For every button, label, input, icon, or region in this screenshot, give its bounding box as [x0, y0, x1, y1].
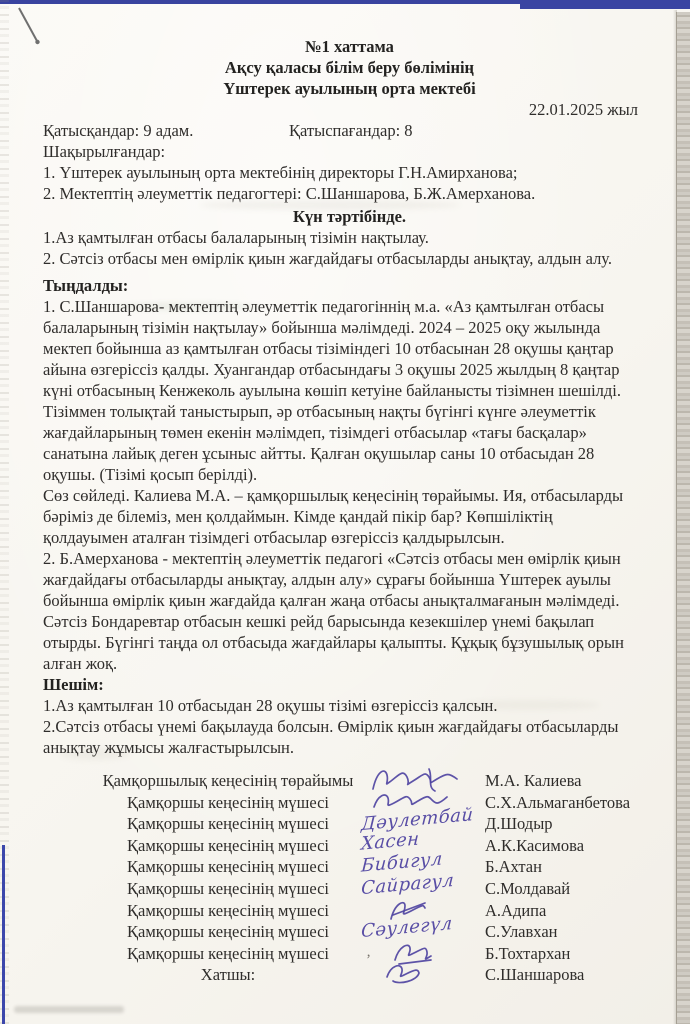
- signature-row: Хатшы: С.Шаншарова: [43, 964, 656, 986]
- signature-name: А.К.Касимова: [485, 835, 656, 856]
- document-date: 22.01.2025 жыл: [43, 99, 656, 120]
- heard-heading: Тыңдалды:: [43, 275, 656, 296]
- heard-paragraph-1: 1. С.Шаншарова- мектептің әлеуметтік пед…: [43, 296, 656, 485]
- signature-name: С.Х.Альмаганбетова: [485, 792, 656, 813]
- document-page: ’ №1 хаттама Ақсу қаласы білім беру бөлі…: [0, 0, 690, 1024]
- signature-row: Қамқоршы кеңесінің мүшесі С.Х.Альмаганбе…: [43, 792, 656, 814]
- heard-paragraph-2: Сөз сөйледі. Калиева М.А. – қамқоршылық …: [43, 485, 656, 548]
- signature-row: Қамқоршы кеңесінің мүшесі Хасен А.К.Каси…: [43, 835, 656, 857]
- signature-block: Қамқоршылық кеңесінің төрайымы М.А. Кали…: [43, 770, 656, 986]
- protocol-number: №1 хаттама: [43, 36, 656, 57]
- signature-row: Қамқоршы кеңесінің мүшесі Сәулегүл С.Ула…: [43, 921, 656, 943]
- agenda-heading: Күн тәртібінде.: [43, 206, 656, 227]
- scan-edge-right: [676, 12, 690, 1024]
- signature-role: Қамқоршы кеңесінің мүшесі: [43, 813, 413, 834]
- decision-item-2: 2.Сәтсіз отбасы үнемі бақылауда болсын. …: [43, 716, 656, 758]
- signature-role: Хатшы:: [43, 964, 413, 985]
- invited-item-2: 2. Мектептің әлеуметтік педагогтері: С.Ш…: [43, 183, 656, 204]
- document-content: №1 хаттама Ақсу қаласы білім беру бөлімі…: [43, 36, 656, 986]
- signature-handwriting: Дәулетбай: [413, 813, 485, 834]
- signature-role: Қамқоршы кеңесінің мүшесі: [43, 900, 413, 921]
- signature-role: Қамқоршы кеңесінің мүшесі: [43, 878, 413, 899]
- signature-role: Қамқоршы кеңесінің мүшесі: [43, 856, 413, 877]
- invited-heading: Шақырылғандар:: [43, 141, 656, 162]
- signature-role: Қамқоршы кеңесінің мүшесі: [43, 921, 413, 942]
- signature-name: С.Улавхан: [485, 921, 656, 942]
- signature-row: Қамқоршы кеңесінің мүшесі А.Адипа: [43, 900, 656, 922]
- signature-row: Қамқоршы кеңесінің мүшесі Дәулетбай Д.Шо…: [43, 813, 656, 835]
- signature-role: Қамқоршылық кеңесінің төрайымы: [43, 770, 413, 791]
- decision-heading: Шешім:: [43, 674, 656, 695]
- decision-item-1: 1.Аз қамтылған 10 отбасыдан 28 оқушы тіз…: [43, 695, 656, 716]
- signature-name: А.Адипа: [485, 900, 656, 921]
- signature-name: М.А. Калиева: [485, 770, 656, 791]
- org-name-line2: Үштерек ауылының орта мектебі: [43, 78, 656, 99]
- signature-row: Қамқоршы кеңесінің мүшесі Бибигул Б.Ахта…: [43, 856, 656, 878]
- signature-scribble: [413, 964, 485, 985]
- signature-name: Д.Шодыр: [485, 813, 656, 834]
- signature-role: Қамқоршы кеңесінің мүшесі: [43, 943, 413, 964]
- signature-row: Қамқоршы кеңесінің мүшесі Сайрагул С.Мол…: [43, 878, 656, 900]
- signature-name: Б.Тохтархан: [485, 943, 656, 964]
- agenda-item-2: 2. Сәтсіз отбасы мен өмірлік қиын жағдай…: [43, 248, 656, 269]
- signature-row: Қамқоршылық кеңесінің төрайымы М.А. Кали…: [43, 770, 656, 792]
- invited-item-1: 1. Үштерек ауылының орта мектебінің дире…: [43, 162, 656, 183]
- attendance-present: Қатысқандар: 9 адам.: [43, 120, 289, 141]
- scan-edge-top-right: [520, 0, 690, 9]
- scan-scribble-bottom: [14, 1006, 124, 1013]
- signature-role: Қамқоршы кеңесінің мүшесі: [43, 835, 413, 856]
- attendance-absent: Қатыспағандар: 8: [289, 120, 413, 141]
- signature-name: С.Шаншарова: [485, 964, 656, 985]
- scan-edge-left-line: [2, 845, 5, 1024]
- signature-name: Б.Ахтан: [485, 856, 656, 877]
- signature-role: Қамқоршы кеңесінің мүшесі: [43, 792, 413, 813]
- signature-name: С.Молдавай: [485, 878, 656, 899]
- org-name-line1: Ақсу қаласы білім беру бөлімінің: [43, 57, 656, 78]
- attendance-row: Қатысқандар: 9 адам. Қатыспағандар: 8: [43, 120, 656, 141]
- signature-row: Қамқоршы кеңесінің мүшесі Б.Тохтархан: [43, 943, 656, 965]
- heard-paragraph-3: 2. Б.Амерханова - мектептің әлеуметтік п…: [43, 548, 656, 674]
- agenda-item-1: 1.Аз қамтылған отбасы балаларының тізімі…: [43, 227, 656, 248]
